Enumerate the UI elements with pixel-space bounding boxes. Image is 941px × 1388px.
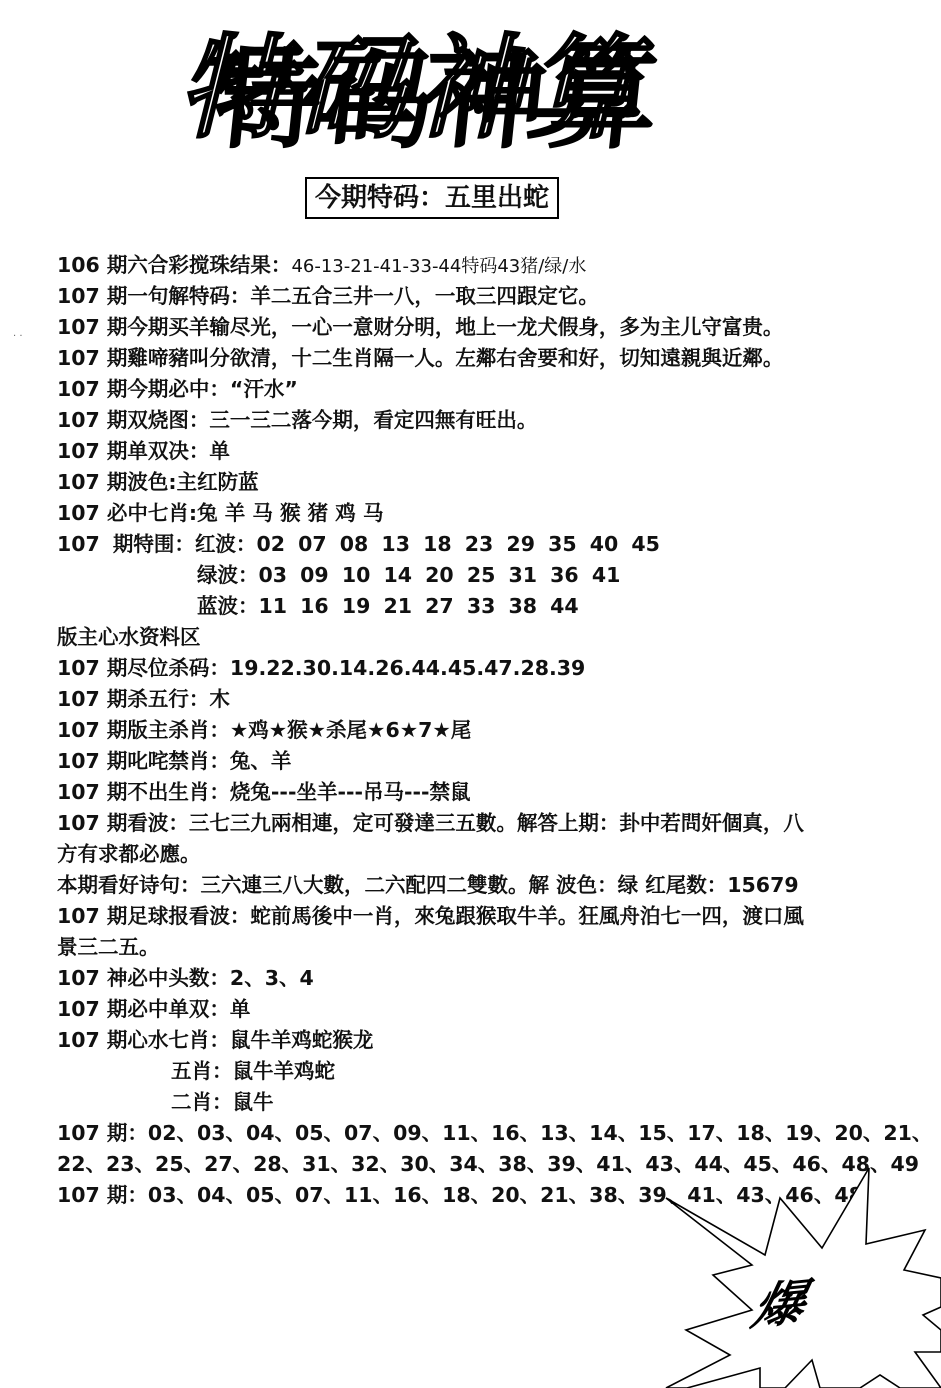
red-wave-label: 红波： — [195, 532, 257, 556]
line-banned-zodiac: 107 期叱咤禁肖：兔、羊 — [57, 746, 937, 777]
line-double-burn: 107 期双烧图：三一三二落今期，看定四無有旺出。 — [57, 405, 937, 436]
line-numbers-a1: 107 期：02、03、04、05、07、09、11、16、13、14、15、1… — [57, 1118, 937, 1149]
blue-wave-label: 蓝波： — [197, 594, 259, 618]
line-absent-zodiac: 107 期不出生肖：烧兔---坐羊---吊马---禁鼠 — [57, 777, 937, 808]
subtitle-banner: 今期特码：五里出蛇 — [305, 177, 559, 219]
line-106-result: 106 期六合彩搅珠结果：46-13-21-41-33-44特码43猪/绿/水 — [57, 250, 937, 281]
line-must-odd-even: 107 期必中单双：单 — [57, 994, 937, 1025]
line-blue-wave: 蓝波：11 16 19 21 27 33 38 44 — [57, 591, 937, 622]
blue-wave-numbers: 11 16 19 21 27 33 38 44 — [259, 594, 579, 618]
line-head-numbers: 107 神必中头数：2、3、4 — [57, 963, 937, 994]
line-red-wave: 107 期特围：红波：02 07 08 13 18 23 29 35 40 45 — [57, 529, 937, 560]
two-picks-value: 鼠牛 — [233, 1090, 274, 1114]
document-body: 106 期六合彩搅珠结果：46-13-21-41-33-44特码43猪/绿/水 … — [57, 250, 937, 1211]
line-label: 106 期六合彩搅珠结果： — [57, 253, 291, 277]
line-value: 46-13-21-41-33-44特码43猪/绿/水 — [291, 256, 586, 277]
section-heading: 版主心水资料区 — [57, 622, 937, 653]
two-picks-label: 二肖： — [171, 1090, 233, 1114]
line-must-hit: 107 期今期必中：“汗水” — [57, 374, 937, 405]
line-watch-wave-b: 方有求都必應。 — [57, 839, 937, 870]
line-kill-element: 107 期杀五行：木 — [57, 684, 937, 715]
line-one-sentence: 107 期一句解特码：羊二五合三井一八，一取三四跟定它。 — [57, 281, 937, 312]
green-wave-numbers: 03 09 10 14 20 25 31 36 41 — [259, 563, 621, 587]
line-kill-codes: 107 期尽位杀码：19.22.30.14.26.44.45.47.28.39 — [57, 653, 937, 684]
line-wave-color: 107 期波色:主红防蓝 — [57, 467, 937, 498]
line-poem-verse: 本期看好诗句：三六連三八大數，二六配四二雙數。解 波色：绿 红尾数：15679 — [57, 870, 937, 901]
line-five-picks: 五肖：鼠牛羊鸡蛇 — [57, 1056, 937, 1087]
line-poem-2: 107 期雞啼豬叫分欲清，十二生肖隔一人。左鄰右舍要和好，切知遠親與近鄰。 — [57, 343, 937, 374]
page-title: 特码神算 特码神算 — [200, 30, 680, 170]
stray-dots: · · — [13, 331, 23, 342]
line-green-wave: 绿波：03 09 10 14 20 25 31 36 41 — [57, 560, 937, 591]
line-football-b: 景三二五。 — [57, 932, 937, 963]
green-wave-label: 绿波： — [197, 563, 259, 587]
special-range-label: 107 期特围： — [57, 532, 195, 556]
line-kill-zodiac: 107 期版主杀肖：★鸡★猴★杀尾★6★7★尾 — [57, 715, 937, 746]
line-seven-picks: 107 期心水七肖：鼠牛羊鸡蛇猴龙 — [57, 1025, 937, 1056]
line-two-picks: 二肖：鼠牛 — [57, 1087, 937, 1118]
title-solid-text: 特码神算 — [207, 36, 669, 166]
line-poem-1: 107 期今期买羊输尽光，一心一意财分明，地上一龙犬假身，多为主儿守富贵。 — [57, 312, 937, 343]
line-football-a: 107 期足球报看波：蛇前馬後中一肖，來兔跟猴取牛羊。狂風舟泊七一四，渡口風 — [57, 901, 937, 932]
line-watch-wave-a: 107 期看波：三七三九兩相連，定可發達三五數。解答上期：卦中若問奸個真，八 — [57, 808, 937, 839]
line-odd-even: 107 期单双决：单 — [57, 436, 937, 467]
line-seven-zodiac: 107 必中七肖:兔 羊 马 猴 猪 鸡 马 — [57, 498, 937, 529]
five-picks-value: 鼠牛羊鸡蛇 — [233, 1059, 336, 1083]
red-wave-numbers: 02 07 08 13 18 23 29 35 40 45 — [256, 532, 660, 556]
five-picks-label: 五肖： — [171, 1059, 233, 1083]
